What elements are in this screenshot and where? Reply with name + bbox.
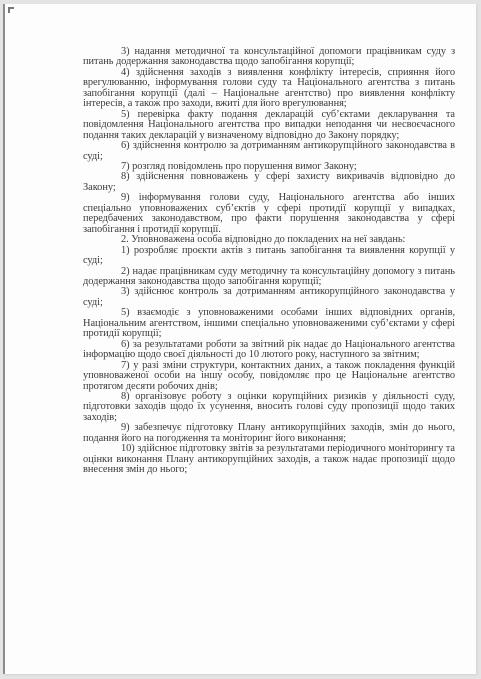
duty-item-9: 9) забезпечує підготовку Плану антикоруп… [83,423,455,444]
paragraph-item-8: 8) здійснення повноважень у сфері захист… [83,172,455,193]
duty-item-3: 3) здійснює контроль за дотриманням анти… [83,287,455,308]
duty-item-2: 2) надає працівникам суду методичну та к… [83,267,455,288]
document-body: 3) надання методичної та консультаційної… [83,47,455,476]
duty-item-5: 5) взаємодіє з уповноваженими особами ін… [83,308,455,339]
duty-item-6: 6) за результатами роботи за звітний рік… [83,340,455,361]
paragraph-item-6: 6) здійснення контролю за дотриманням ан… [83,141,455,162]
paragraph-item-4: 4) здійснення заходів з виявлення конфлі… [83,68,455,110]
duty-item-1: 1) розробляє проєкти актів з питань запо… [83,246,455,267]
duty-item-7: 7) у разі зміни структури, контактних да… [83,361,455,392]
duty-item-8: 8) організовує роботу з оцінки корупційн… [83,392,455,423]
document-page: 3) надання методичної та консультаційної… [3,4,476,674]
scan-corner-mark [8,7,14,13]
paragraph-item-9: 9) інформування голови суду, Національно… [83,193,455,235]
paragraph-item-5: 5) перевірка факту подання декларацій су… [83,110,455,141]
paragraph-item-3: 3) надання методичної та консультаційної… [83,47,455,68]
duty-item-10: 10) здійснює підготовку звітів за резуль… [83,444,455,475]
